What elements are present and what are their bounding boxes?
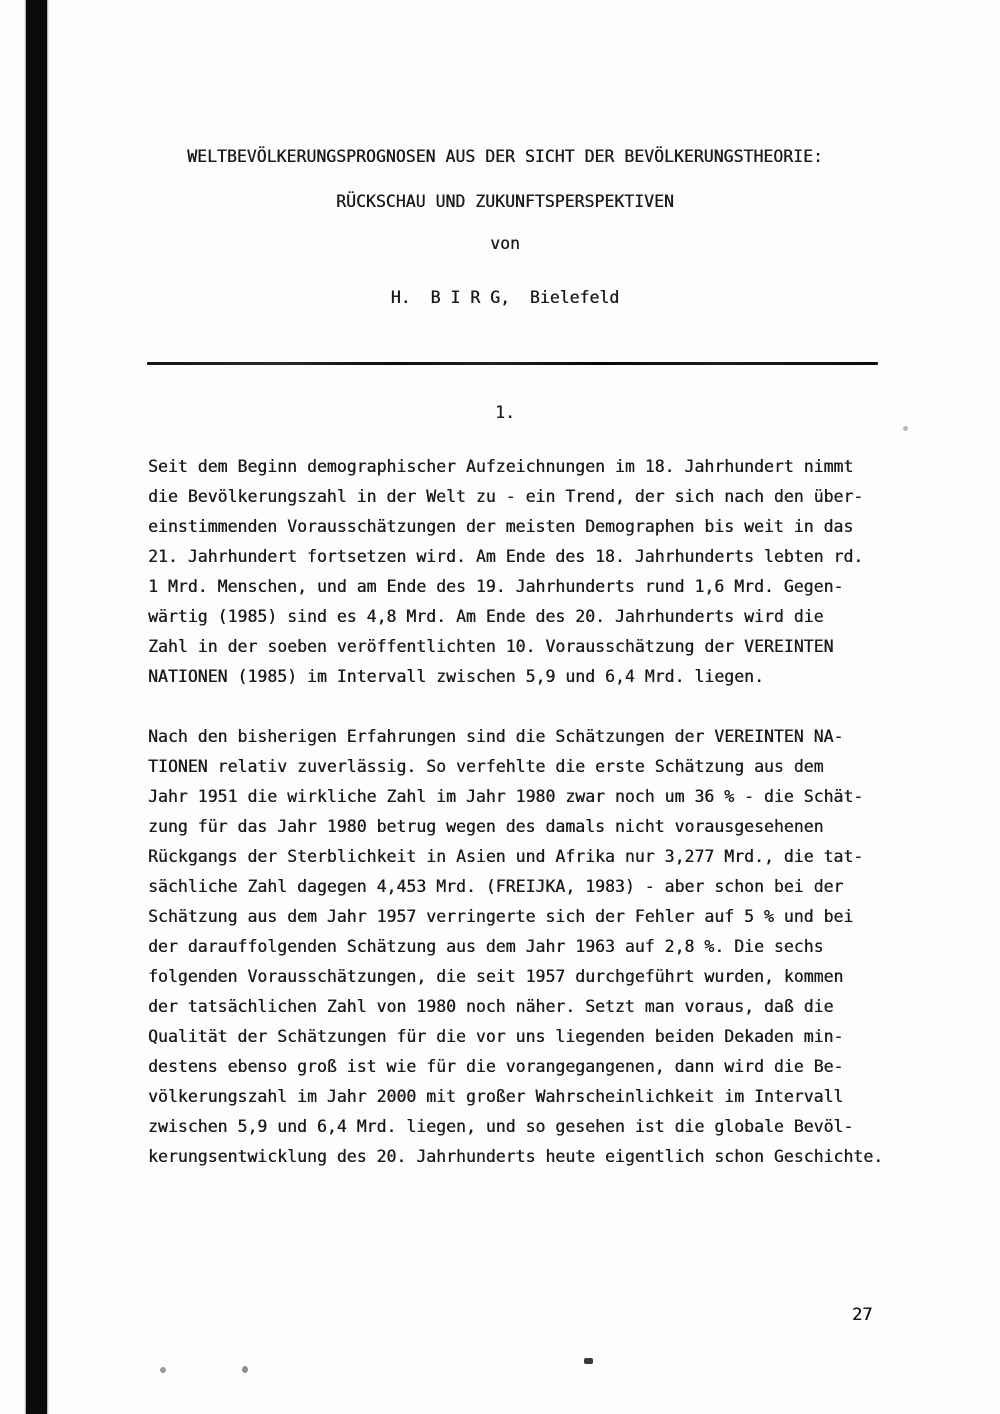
- scan-speck: [160, 1367, 166, 1373]
- separator-rule: [147, 362, 878, 365]
- paragraph-2: Nach den bisherigen Erfahrungen sind die…: [148, 722, 938, 1172]
- document-title-line-1: WELTBEVÖLKERUNGSPROGNOSEN AUS DER SICHT …: [110, 146, 900, 168]
- document-title-line-2: RÜCKSCHAU UND ZUKUNFTSPERSPEKTIVEN: [110, 191, 900, 213]
- byline: von: [110, 233, 900, 255]
- section-number: 1.: [110, 402, 900, 424]
- photocopy-edge-bar: [26, 0, 47, 1414]
- scan-speck: [242, 1366, 248, 1373]
- author-line: H. B I R G, Bielefeld: [110, 287, 900, 309]
- scan-speck: [903, 426, 908, 431]
- scanned-document-page: WELTBEVÖLKERUNGSPROGNOSEN AUS DER SICHT …: [0, 0, 1000, 1414]
- page-number: 27: [852, 1305, 872, 1325]
- scan-speck: [584, 1358, 593, 1364]
- paragraph-1: Seit dem Beginn demographischer Aufzeich…: [148, 452, 938, 692]
